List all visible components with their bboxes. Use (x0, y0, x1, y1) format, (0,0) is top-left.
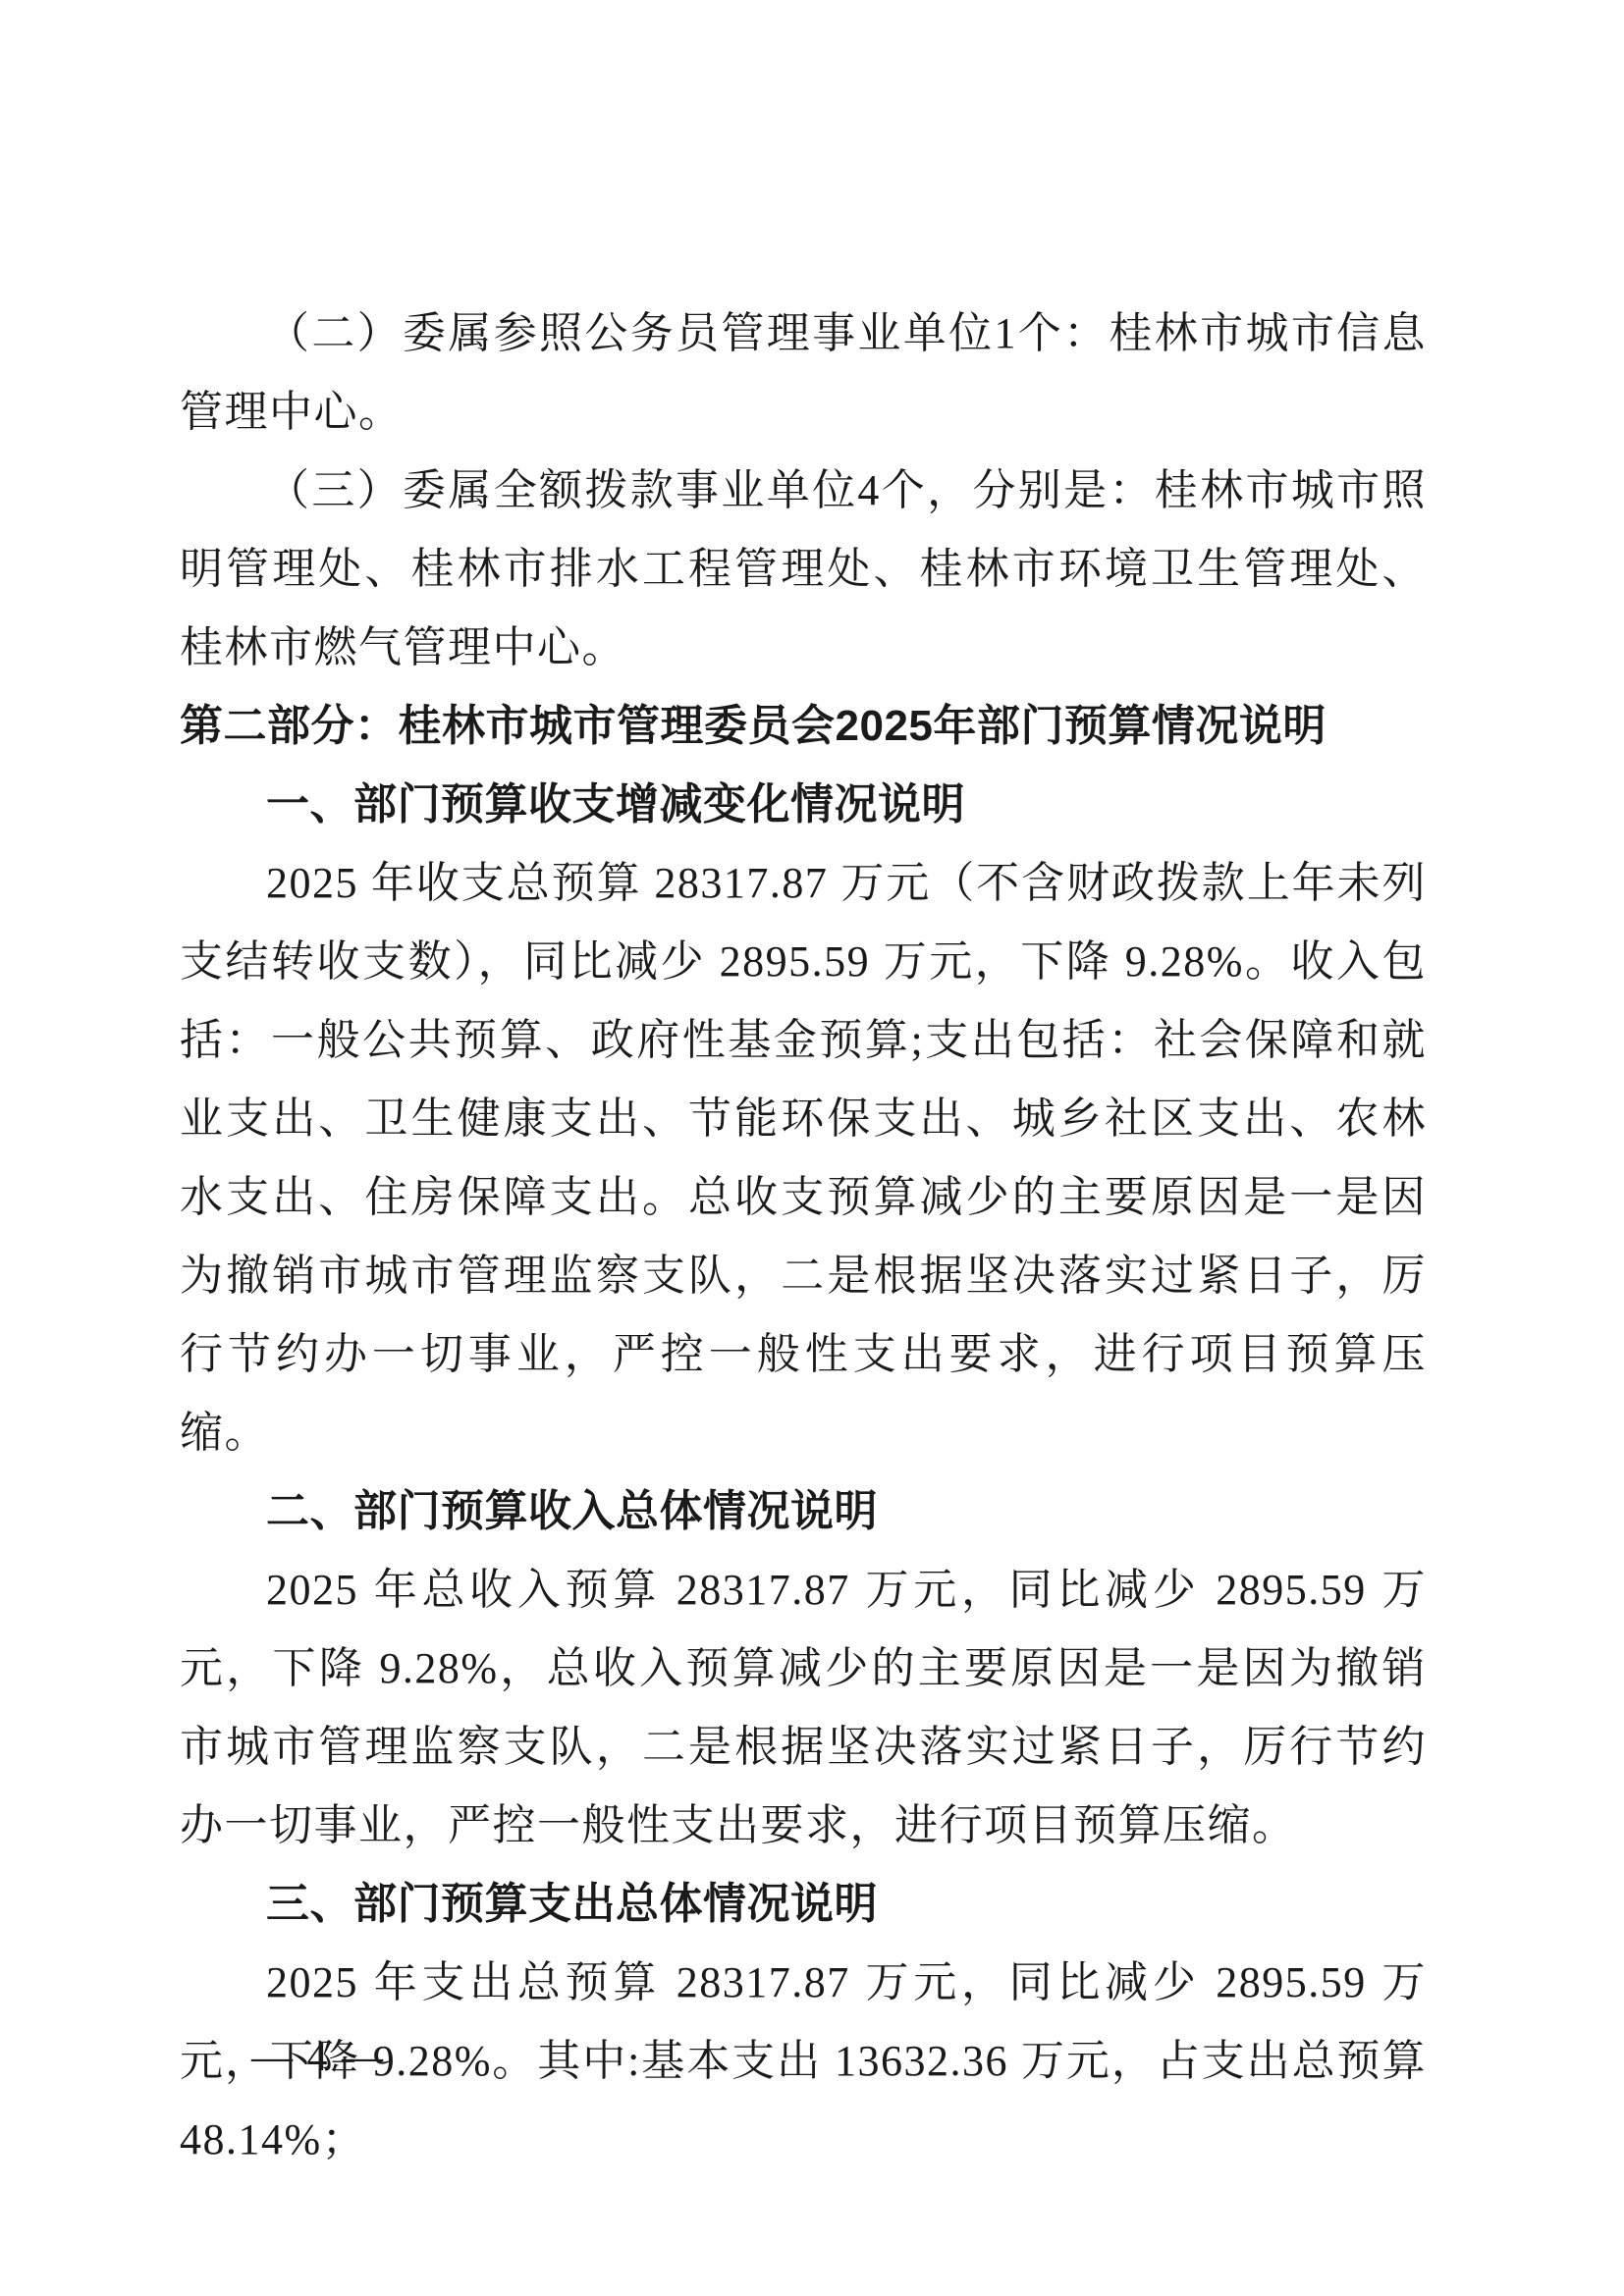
paragraph-budget-change-overview: 2025 年收支总预算 28317.87 万元（不含财政拨款上年未列支结转收支数… (180, 844, 1427, 1472)
scanned-document-page: （二）委属参照公务员管理事业单位1个：桂林市城市信息管理中心。 （三）委属全额拨… (0, 0, 1624, 2296)
paragraph-subordinate-unit-3: （三）委属全额拨款事业单位4个，分别是：桂林市城市照明管理处、桂林市排水工程管理… (180, 452, 1427, 687)
paragraph-subordinate-unit-2: （二）委属参照公务员管理事业单位1个：桂林市城市信息管理中心。 (180, 294, 1427, 452)
document-body: （二）委属参照公务员管理事业单位1个：桂林市城市信息管理中心。 （三）委属全额拨… (180, 294, 1427, 2179)
section-three-heading: 三、部门预算支出总体情况说明 (180, 1865, 1427, 1944)
section-two-heading: 二、部门预算收入总体情况说明 (180, 1472, 1427, 1551)
page-number: — 4 — (251, 2034, 385, 2081)
section-one-heading: 一、部门预算收支增减变化情况说明 (180, 766, 1427, 844)
part-two-heading: 第二部分：桂林市城市管理委员会2025年部门预算情况说明 (180, 687, 1427, 766)
paragraph-income-overview: 2025 年总收入预算 28317.87 万元，同比减少 2895.59 万元，… (180, 1551, 1427, 1865)
